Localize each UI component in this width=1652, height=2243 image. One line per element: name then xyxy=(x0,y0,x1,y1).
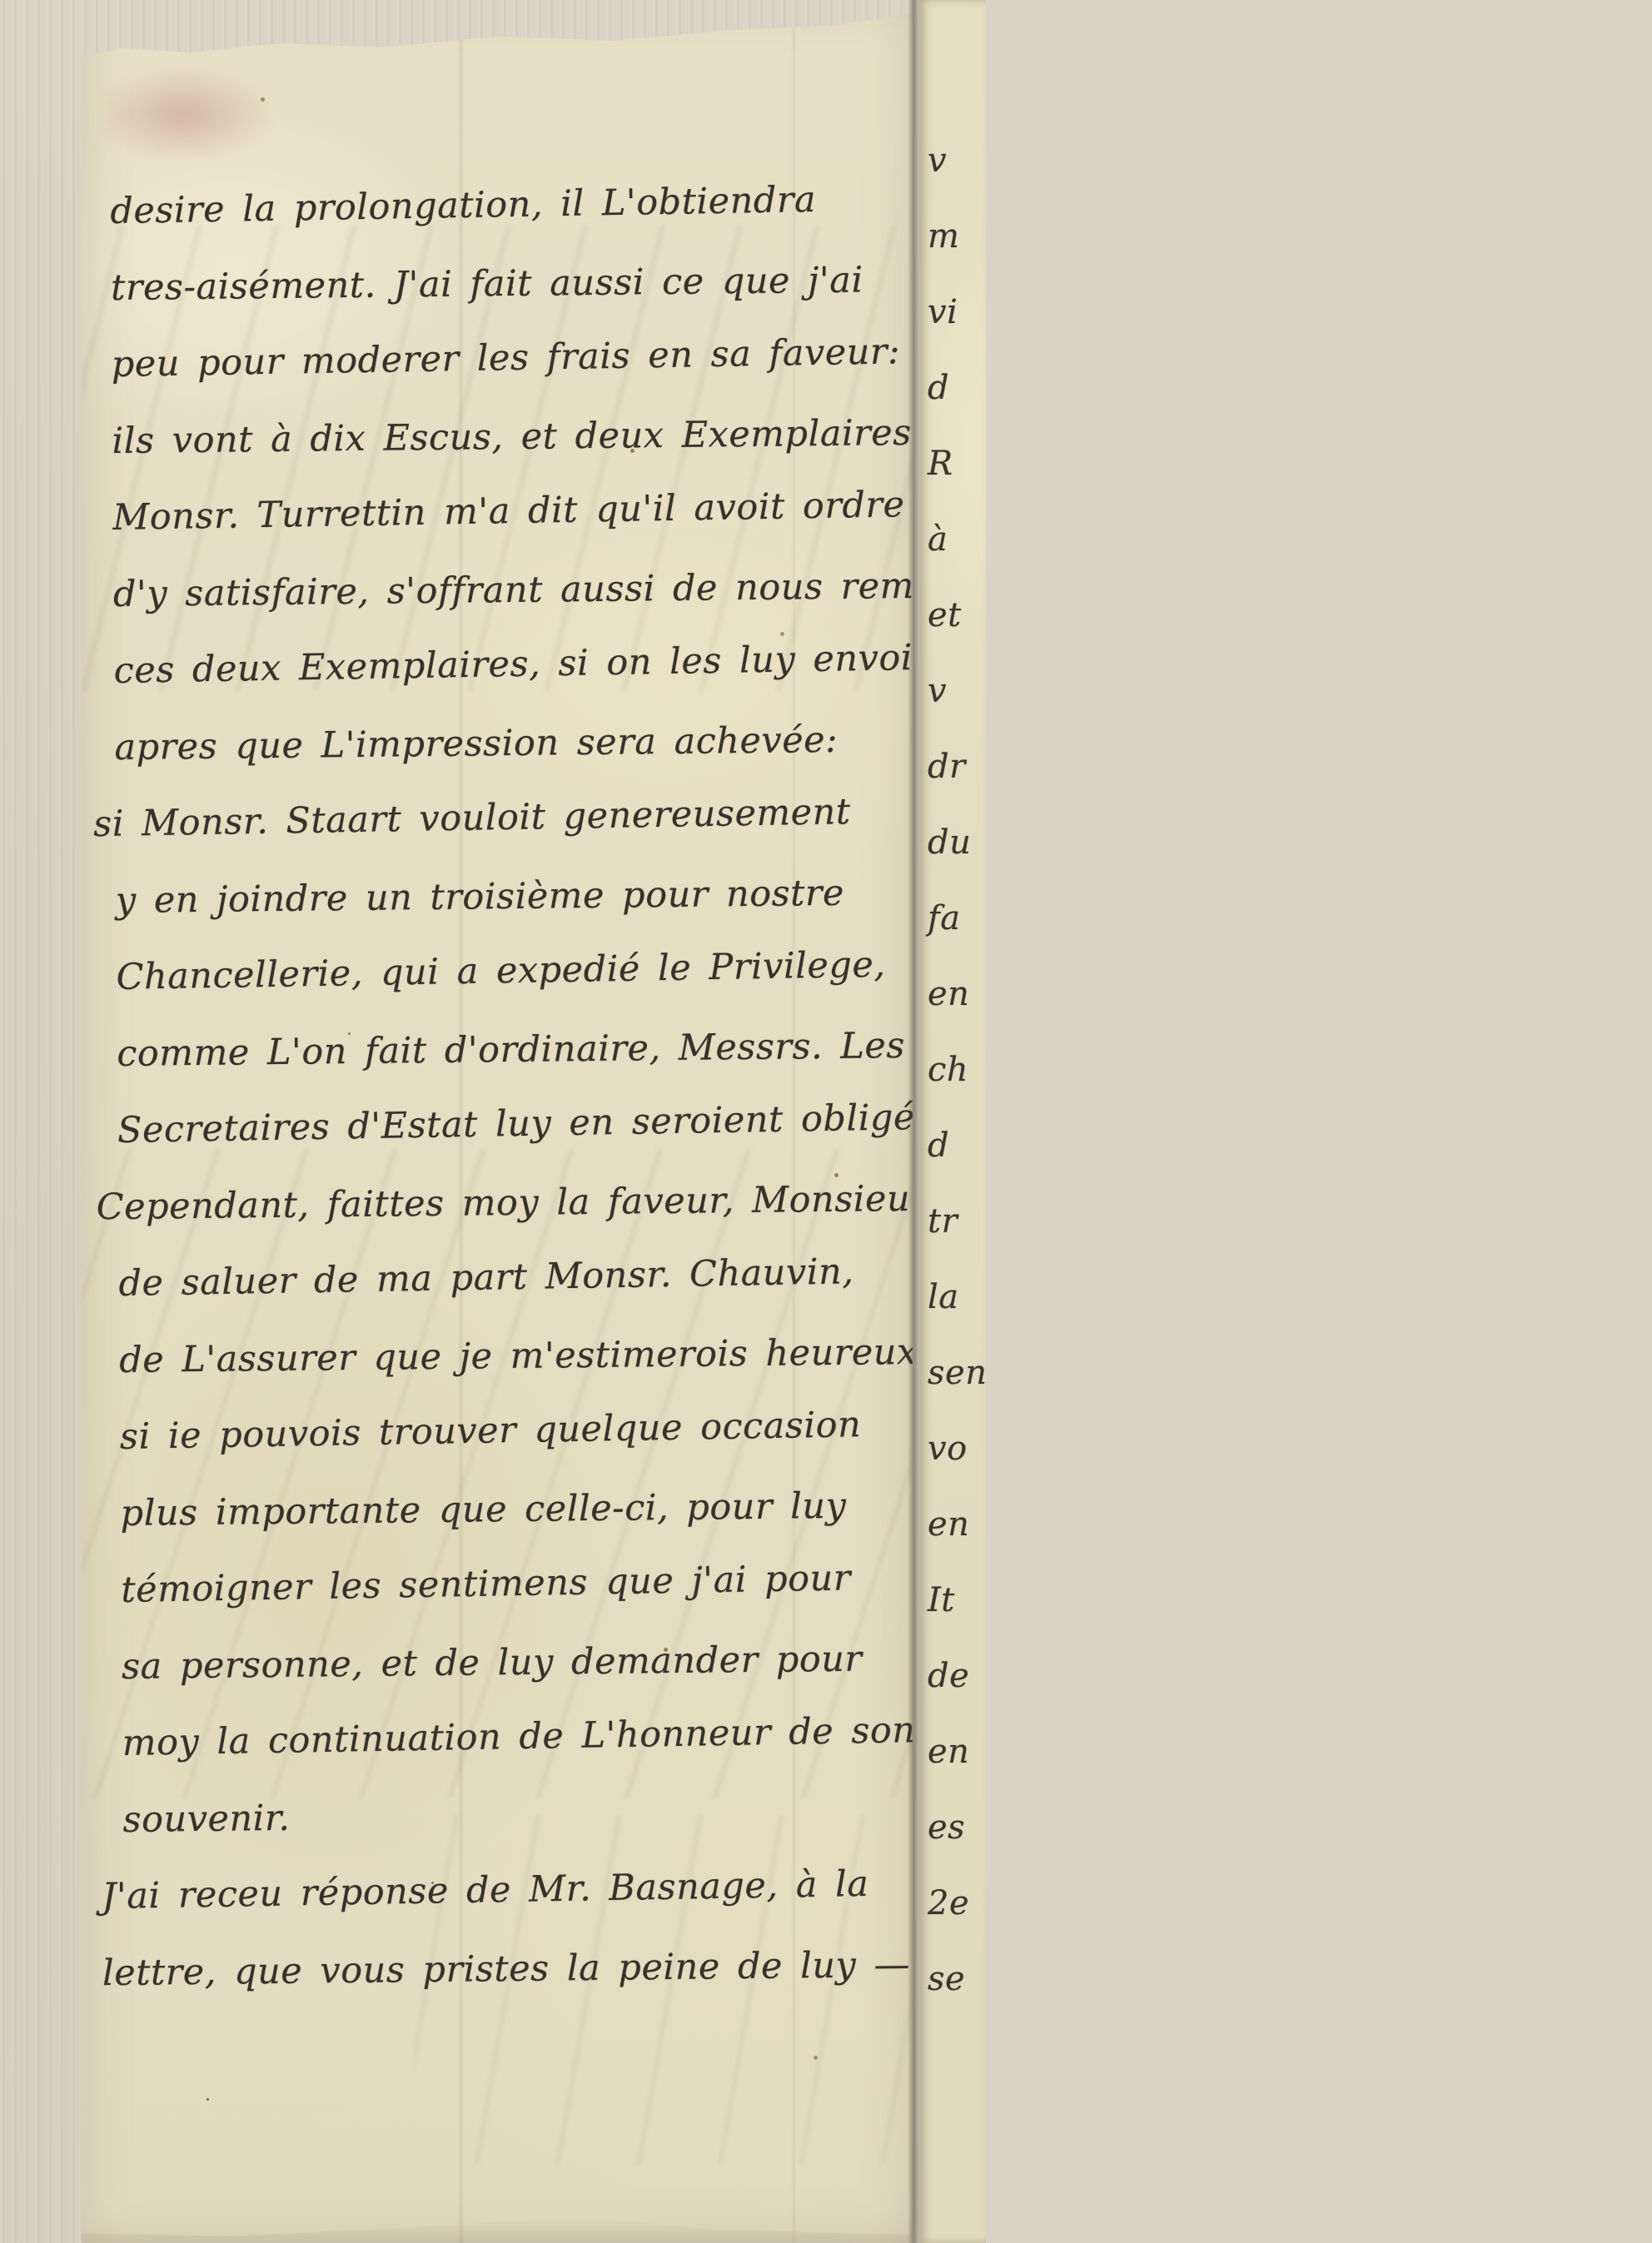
text-fragment: d xyxy=(928,351,986,426)
text-fragment: dr xyxy=(928,729,986,805)
handwritten-line: Chancellerie, qui a expedié le Privilege… xyxy=(116,926,901,1016)
handwritten-line: souvenir. xyxy=(122,1773,908,1858)
handwritten-line: desire la prolongation, il L'obtiendra xyxy=(110,160,895,250)
text-fragment: ch xyxy=(928,1032,986,1108)
text-fragment: la xyxy=(928,1260,986,1335)
text-fragment: fa xyxy=(928,881,986,957)
text-fragment: à xyxy=(928,502,986,578)
handwritten-line: ces deux Exemplaires, si on les luy envo… xyxy=(113,619,898,709)
text-fragment: se xyxy=(928,1942,986,2017)
text-fragment: en xyxy=(928,1714,986,1790)
handwritten-line: sa personne, et de luy demander pour xyxy=(122,1620,907,1705)
text-fragment: vo xyxy=(928,1411,986,1487)
text-fragment: en xyxy=(928,957,986,1032)
handwritten-line: tres-aisément. J'ai fait aussi ce que j'… xyxy=(111,241,896,326)
text-fragment: vi xyxy=(928,275,986,351)
letter-page: desire la prolongation, il L'obtiendra t… xyxy=(82,0,913,2243)
handwritten-line: de saluer de ma part Monsr. Chauvin, xyxy=(118,1232,903,1322)
text-fragment: sen xyxy=(928,1335,986,1411)
handwritten-line: plus importante que celle-ci, pour luy xyxy=(120,1467,905,1552)
letter-body: desire la prolongation, il L'obtiendra t… xyxy=(110,167,908,2012)
handwritten-line: J'ai receu réponse de Mr. Basnage, à la xyxy=(101,1845,908,1935)
text-fragment: es xyxy=(928,1790,986,1866)
handwritten-line: de L'assurer que je m'estimerois heureux xyxy=(119,1314,904,1399)
handwritten-line: si ie pouvois trouver quelque occasion xyxy=(119,1385,904,1475)
text-fragment: et xyxy=(928,578,986,654)
handwritten-line: si Monsr. Staart vouloit genereusement xyxy=(92,773,899,863)
next-page-edge: v m vi d R à et v dr du fa en ch d tr la… xyxy=(919,0,986,2243)
handwritten-line: Secretaires d'Estat luy en seroient obli… xyxy=(117,1079,902,1169)
handwritten-line: lettre, que vous pristes la peine de luy… xyxy=(102,1927,908,2012)
handwritten-line: Monsr. Turrettin m'a dit qu'il avoit ord… xyxy=(112,466,897,556)
handwritten-line: moy la continuation de L'honneur de son xyxy=(122,1692,907,1782)
red-ink-stain xyxy=(105,65,280,165)
handwritten-line: apres que L'impression sera achevée: xyxy=(114,701,899,786)
text-fragment: tr xyxy=(928,1184,986,1260)
text-fragment: 2e xyxy=(928,1866,986,1942)
handwritten-line: comme L'on fait d'ordinaire, Messrs. Les xyxy=(117,1007,902,1092)
handwritten-line: Cependant, faittes moy la faveur, Monsie… xyxy=(96,1161,903,1246)
text-fragment: de xyxy=(928,1639,986,1714)
text-fragment: v xyxy=(928,654,986,729)
text-fragment: R xyxy=(928,426,986,502)
handwritten-line: peu pour moderer les frais en sa faveur: xyxy=(111,313,896,403)
text-fragment: en xyxy=(928,1487,986,1563)
scanned-document: desire la prolongation, il L'obtiendra t… xyxy=(0,0,986,2243)
text-fragment: It xyxy=(928,1563,986,1639)
text-fragment: d xyxy=(928,1108,986,1184)
text-fragment: m xyxy=(928,199,986,275)
text-fragment: du xyxy=(928,805,986,881)
handwritten-line: ils vont à dix Escus, et deux Exemplaire… xyxy=(112,395,897,480)
text-fragment: v xyxy=(928,123,986,199)
next-page-text-fragments: v m vi d R à et v dr du fa en ch d tr la… xyxy=(928,123,986,2017)
handwritten-line: d'y satisfaire, s'offrant aussi de nous … xyxy=(112,548,898,633)
handwritten-line: témoigner les sentimens que j'ai pour xyxy=(121,1539,906,1629)
paper-foxing-specks xyxy=(82,0,84,2)
handwritten-line: y en joindre un troisième pour nostre xyxy=(115,854,900,939)
